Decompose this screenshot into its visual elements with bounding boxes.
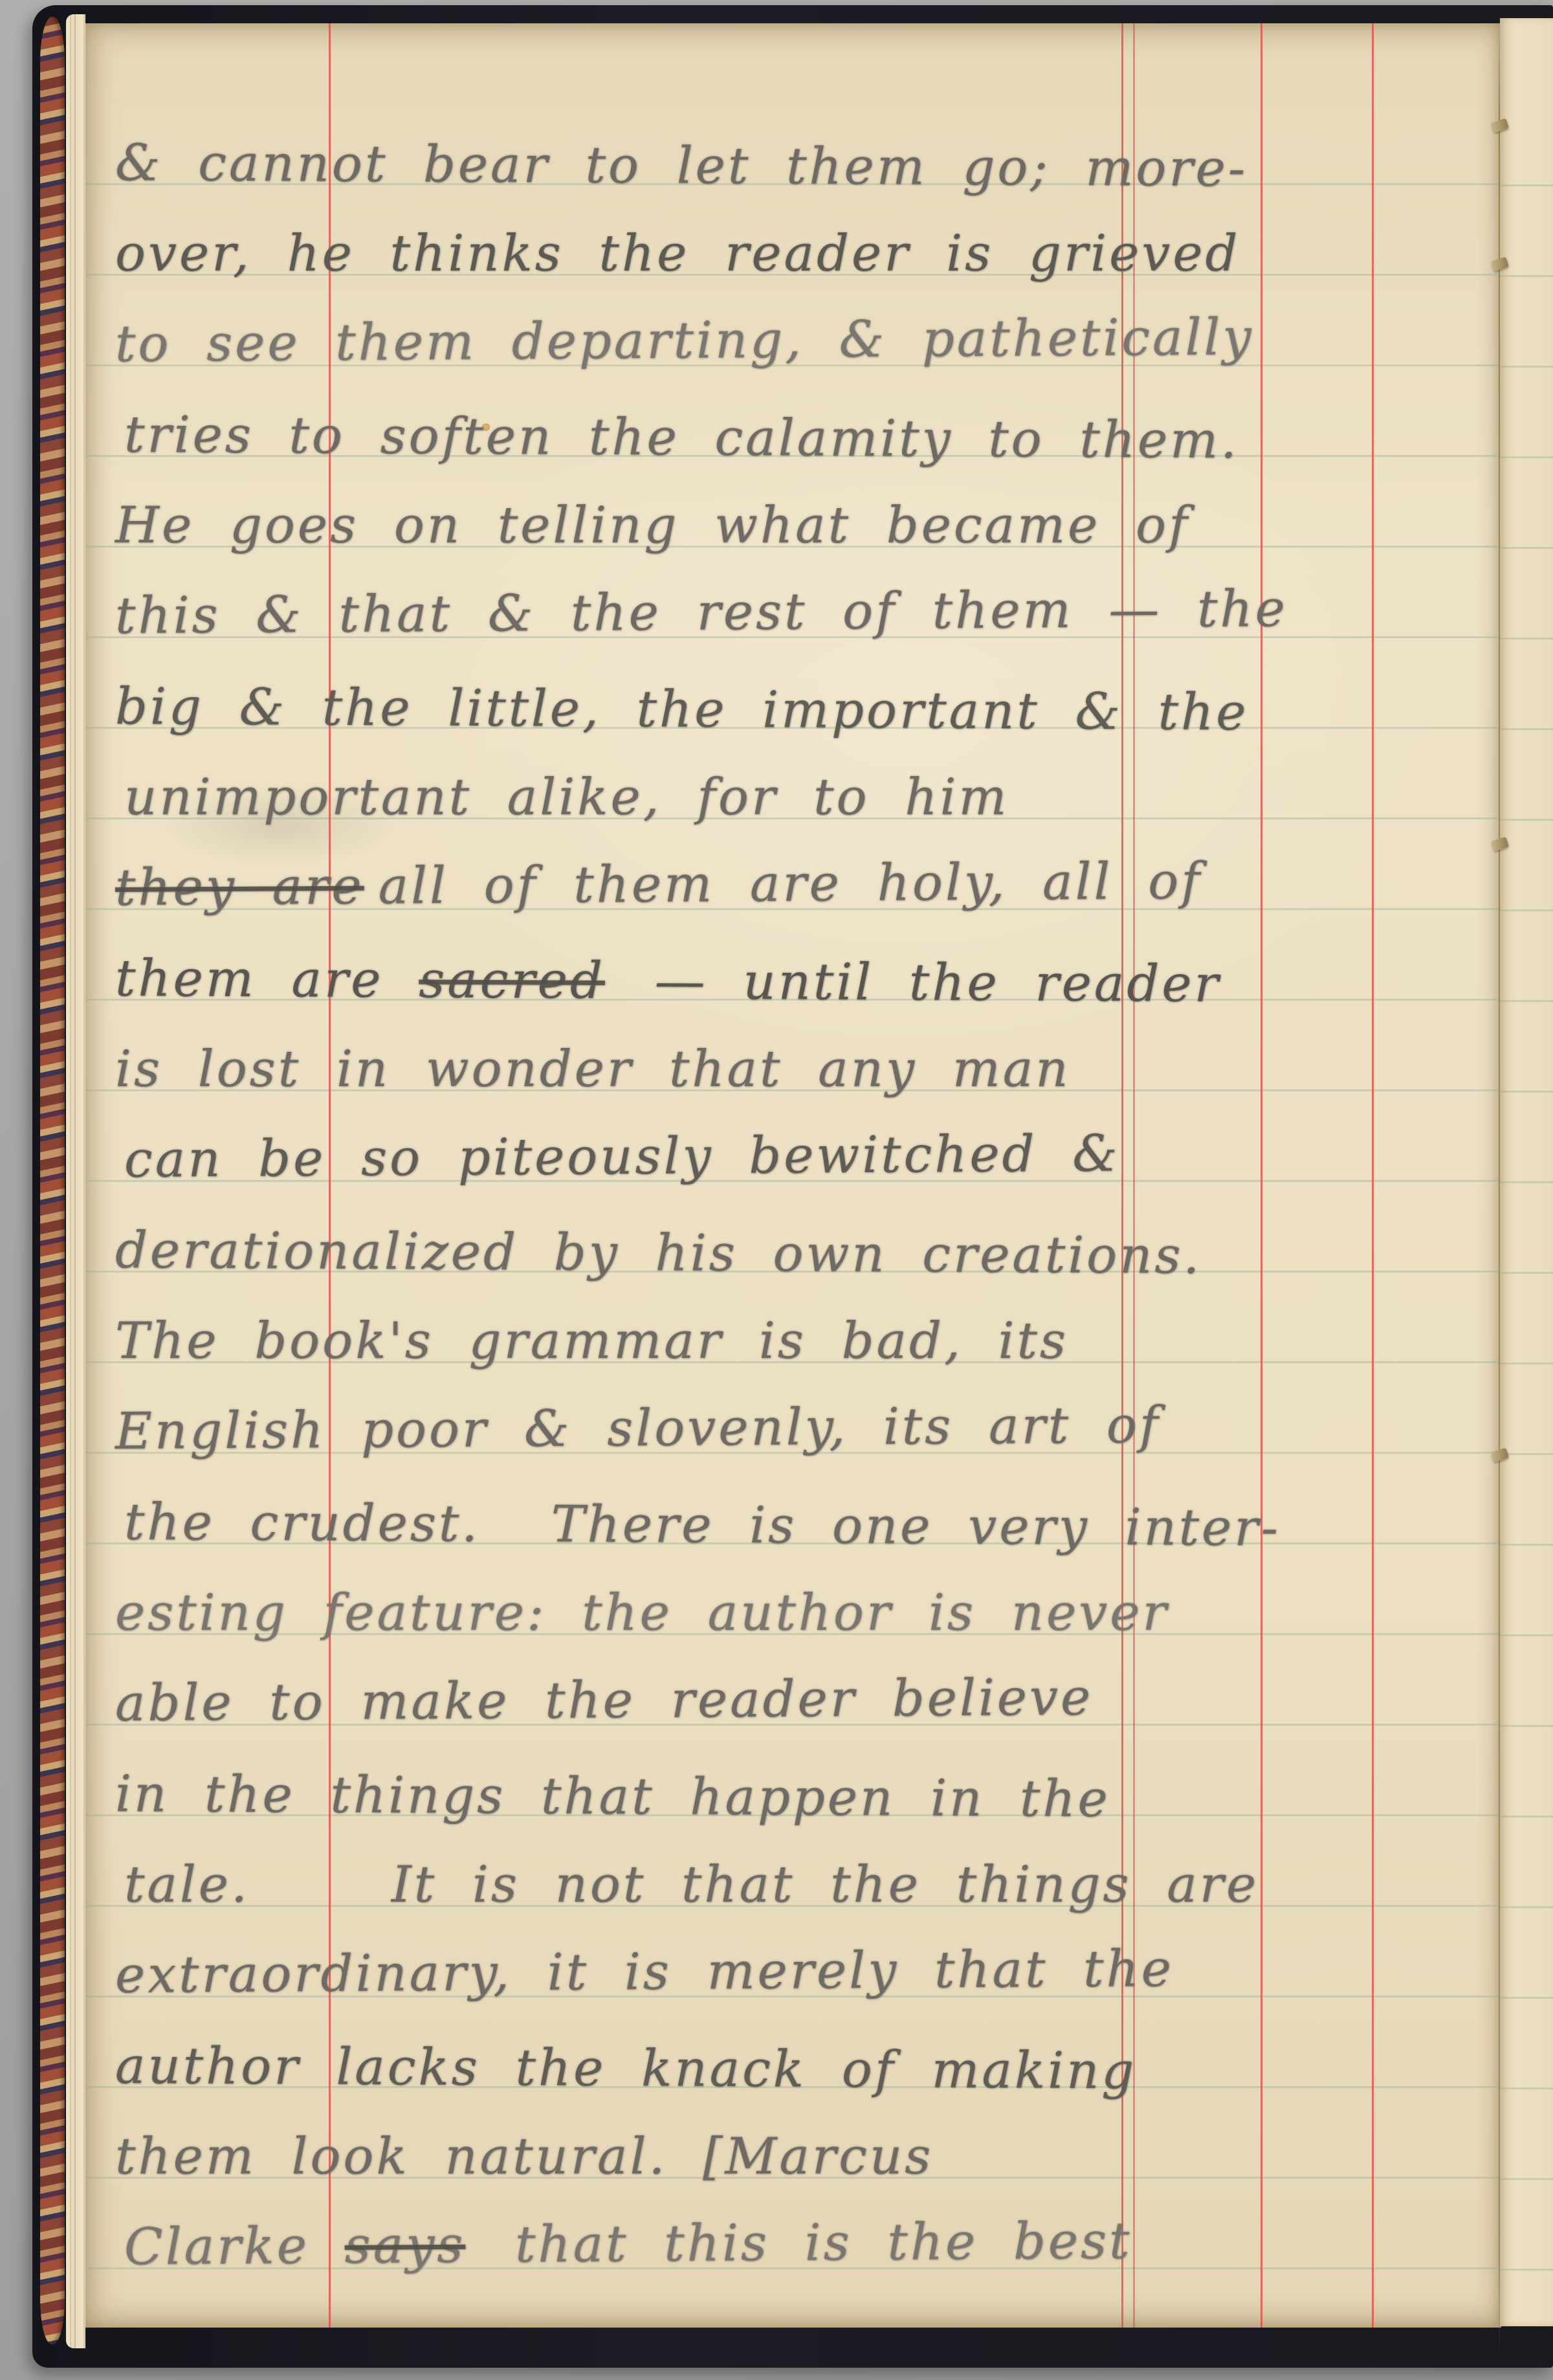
line-text: unimportant alike, for to him	[124, 768, 1009, 827]
manuscript-text: & cannot bear to let them go; more- over…	[115, 118, 1482, 2293]
facing-page-edge	[1500, 18, 1553, 2326]
struck-word: sacred	[419, 951, 605, 1010]
line-text: them look natural. [Marcus	[115, 2128, 933, 2186]
manuscript-line: is lost in wonder that any man	[115, 1024, 1482, 1115]
line-text: author lacks the knack of making	[115, 2037, 1137, 2100]
line-text: them are	[115, 950, 419, 1009]
struck-word: says	[344, 2216, 465, 2275]
manuscript-line: this & that & the rest of them — the	[115, 562, 1482, 662]
horizontal-ruling	[1500, 100, 1553, 2320]
page-stack-edges	[66, 14, 85, 2348]
marbled-fore-edge	[40, 17, 65, 2344]
line-text: big & the little, the important & the	[115, 678, 1249, 742]
line-text: the crudest. There is one very inter-	[124, 1493, 1281, 1557]
line-text: can be so piteously bewitched &	[124, 1125, 1120, 1189]
manuscript-line: tries to soften the calamity to them.	[124, 390, 1482, 487]
struck-word: they are	[115, 858, 364, 917]
manuscript-line: able to make the reader believe	[115, 1650, 1482, 1749]
manuscript-line: He goes on telling what became of	[115, 480, 1482, 571]
manuscript-line: extraordinary, it is merely that the	[115, 1922, 1482, 2021]
photo-background: & cannot bear to let them go; more- over…	[0, 0, 1553, 2380]
page-gutter-crease	[1499, 18, 1500, 2356]
line-text: English poor & slovenly, its art of	[115, 1396, 1161, 1461]
line-text: over, he thinks the reader is grieved	[115, 225, 1240, 283]
line-text: to see them departing, & pathetically	[115, 308, 1254, 373]
line-text: & cannot bear to let them go; more-	[115, 134, 1248, 198]
manuscript-line: Clarke says that this is the best	[124, 2194, 1482, 2293]
manuscript-line: over, he thinks the reader is grieved	[115, 208, 1482, 299]
manuscript-line: derationalized by his own creations.	[115, 1205, 1482, 1303]
manuscript-line: & cannot bear to let them go; more-	[115, 118, 1482, 216]
manuscript-line: English poor & slovenly, its art of	[115, 1378, 1482, 1477]
line-text: esting feature: the author is never	[115, 1584, 1169, 1642]
line-text: extraordinary, it is merely that the	[115, 1940, 1174, 2005]
manuscript-line: tale. It is not that the things are	[124, 1840, 1482, 1930]
line-text: tale. It is not that the things are	[124, 1856, 1259, 1914]
line-text: — until the reader	[619, 952, 1221, 1014]
line-text: in the things that happen in the	[115, 1765, 1110, 1829]
line-text: is lost in wonder that any man	[115, 1040, 1070, 1098]
line-text: tries to soften the calamity to them.	[124, 406, 1239, 470]
line-text: all of them are holy, all of	[378, 852, 1202, 916]
notebook-page: & cannot bear to let them go; more- over…	[85, 23, 1501, 2328]
manuscript-line: unimportant alike, for to him	[124, 752, 1482, 843]
manuscript-line: them look natural. [Marcus	[115, 2111, 1482, 2202]
manuscript-line: them are sacred — until the reader	[115, 933, 1482, 1031]
line-text: this & that & the rest of them — the	[115, 580, 1288, 645]
manuscript-line: they areall of them are holy, all of	[115, 834, 1482, 933]
manuscript-line: the crudest. There is one very inter-	[124, 1477, 1482, 1575]
manuscript-line: author lacks the knack of making	[115, 2021, 1482, 2119]
line-text: derationalized by his own creations.	[115, 1221, 1202, 1285]
line-text: Clarke	[124, 2217, 345, 2276]
line-text: The book's grammar is bad, its	[115, 1312, 1068, 1370]
line-text: He goes on telling what became of	[115, 496, 1190, 555]
line-text: that this is the best	[479, 2212, 1132, 2274]
manuscript-line: The book's grammar is bad, its	[115, 1296, 1482, 1386]
manuscript-line: to see them departing, & pathetically	[115, 291, 1482, 390]
manuscript-line: in the things that happen in the	[115, 1749, 1482, 1847]
manuscript-line: big & the little, the important & the	[115, 662, 1482, 759]
manuscript-line: esting feature: the author is never	[115, 1568, 1482, 1658]
manuscript-line: can be so piteously bewitched &	[124, 1106, 1482, 1205]
line-text: able to make the reader believe	[115, 1669, 1094, 1733]
notebook-cover: & cannot bear to let them go; more- over…	[32, 5, 1553, 2368]
